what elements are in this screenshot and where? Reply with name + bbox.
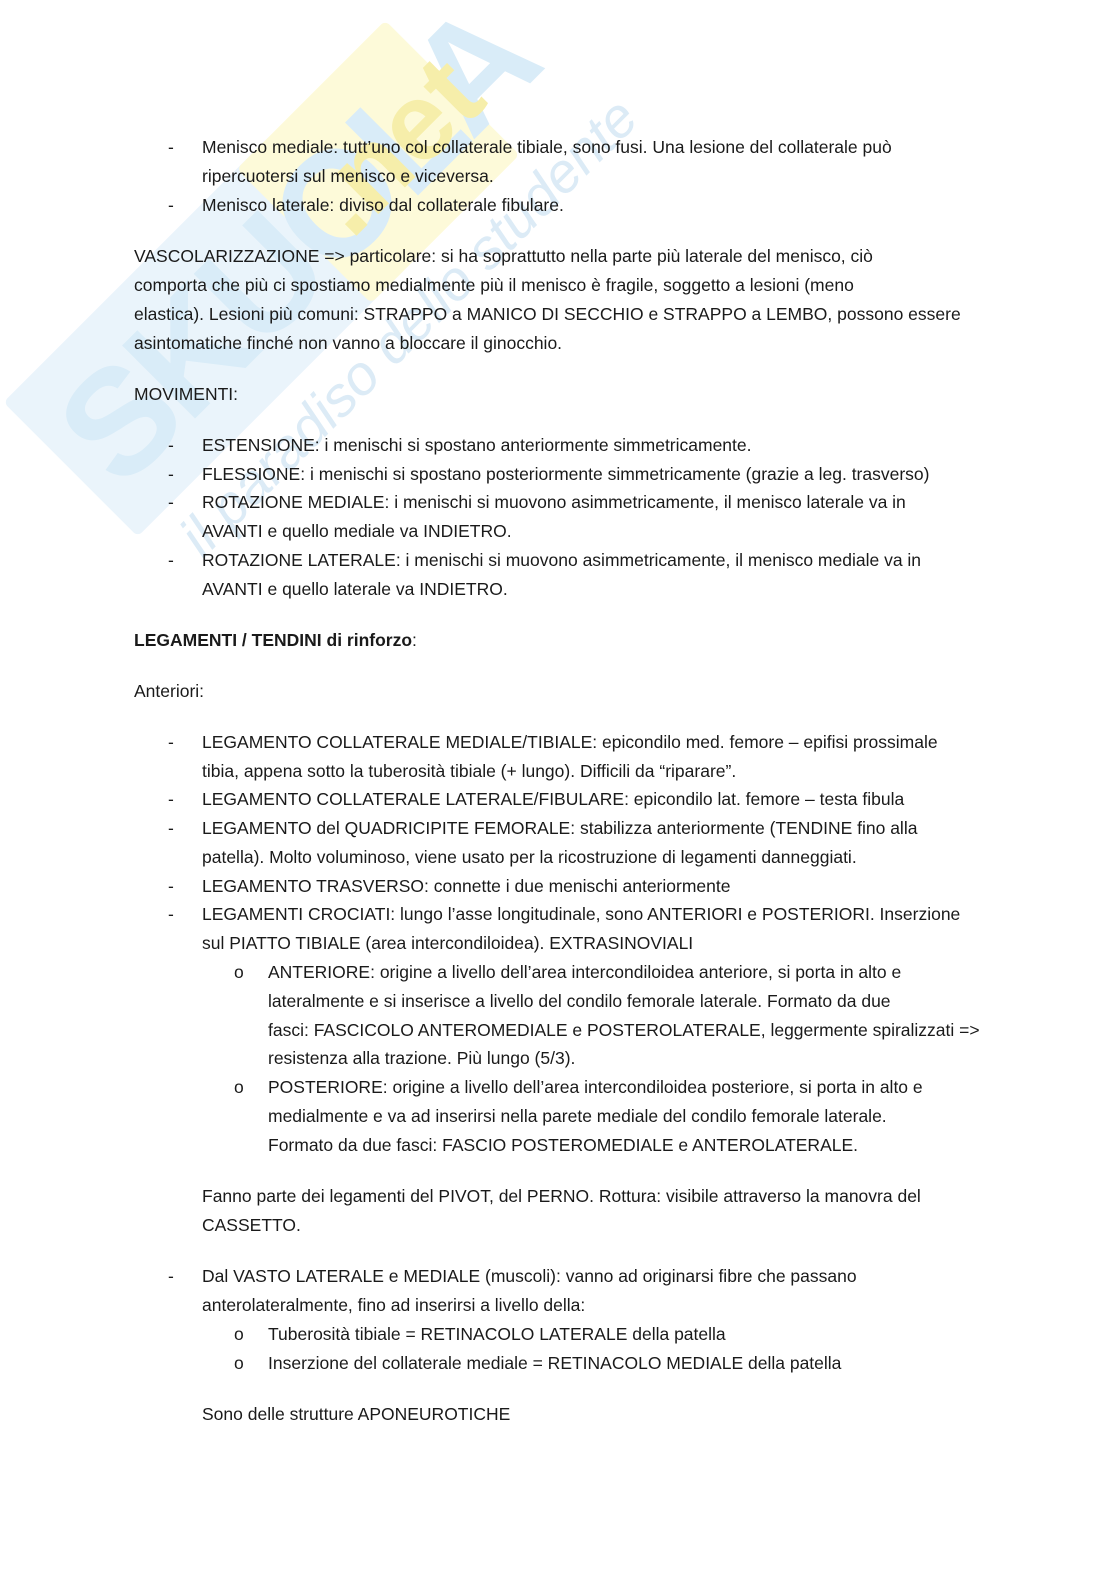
subheading: Anteriori: xyxy=(134,680,204,702)
text-line: ripercuotersi sul menisco e viceversa. xyxy=(202,165,494,187)
paragraph-line: asintomatiche finché non vanno a bloccar… xyxy=(134,332,562,354)
dash-bullet: - xyxy=(168,491,174,513)
circle-bullet: o xyxy=(234,1352,244,1374)
text-line: Menisco laterale: diviso dal collaterale… xyxy=(202,194,564,216)
sub-list-item: lateralmente e si inserisce a livello de… xyxy=(268,990,891,1012)
list-item: sul PIATTO TIBIALE (area intercondiloide… xyxy=(202,932,693,954)
list-item: AVANTI e quello mediale va INDIETRO. xyxy=(202,520,512,542)
section-heading: LEGAMENTI / TENDINI di rinforzo: xyxy=(134,629,417,651)
circle-bullet: o xyxy=(234,961,244,983)
document-page: - Menisco mediale: tutt’uno col collater… xyxy=(0,0,1116,1579)
list-item: FLESSIONE: i menischi si spostano poster… xyxy=(202,463,930,485)
list-item: tibia, appena sotto la tuberosità tibial… xyxy=(202,760,736,782)
list-item: LEGAMENTO COLLATERALE MEDIALE/TIBIALE: e… xyxy=(202,731,938,753)
dash-bullet: - xyxy=(168,731,174,753)
sub-list-item: POSTERIORE: origine a livello dell’area … xyxy=(268,1076,923,1098)
paragraph-line: Fanno parte dei legamenti del PIVOT, del… xyxy=(202,1185,921,1207)
dash-bullet: - xyxy=(168,1265,174,1287)
dash-bullet: - xyxy=(168,434,174,456)
list-item: patella). Molto voluminoso, viene usato … xyxy=(202,846,857,868)
dash-bullet: - xyxy=(168,817,174,839)
paragraph-line: comporta che più ci spostiamo medialment… xyxy=(134,274,854,296)
list-item: anterolateralmente, fino ad inserirsi a … xyxy=(202,1294,585,1316)
sub-list-item: medialmente e va ad inserirsi nella pare… xyxy=(268,1105,887,1127)
dash-bullet: - xyxy=(168,903,174,925)
sub-list-item: ANTERIORE: origine a livello dell’area i… xyxy=(268,961,901,983)
dash-bullet: - xyxy=(168,788,174,810)
paragraph-line: VASCOLARIZZAZIONE => particolare: si ha … xyxy=(134,245,873,267)
paragraph-line: elastica). Lesioni più comuni: STRAPPO a… xyxy=(134,303,961,325)
dash-bullet: - xyxy=(168,875,174,897)
dash-bullet: - xyxy=(168,194,174,216)
section-heading-colon: : xyxy=(412,630,417,650)
list-item: LEGAMENTO TRASVERSO: connette i due meni… xyxy=(202,875,730,897)
circle-bullet: o xyxy=(234,1323,244,1345)
list-item: LEGAMENTO del QUADRICIPITE FEMORALE: sta… xyxy=(202,817,917,839)
list-item: LEGAMENTO COLLATERALE LATERALE/FIBULARE:… xyxy=(202,788,904,810)
section-heading: MOVIMENTI: xyxy=(134,383,238,405)
sub-list-item: Inserzione del collaterale mediale = RET… xyxy=(268,1352,841,1374)
list-item: ESTENSIONE: i menischi si spostano anter… xyxy=(202,434,752,456)
list-item: ROTAZIONE MEDIALE: i menischi si muovono… xyxy=(202,491,906,513)
paragraph-line: CASSETTO. xyxy=(202,1214,301,1236)
section-heading-bold: LEGAMENTI / TENDINI di rinforzo xyxy=(134,630,412,650)
list-item: LEGAMENTI CROCIATI: lungo l’asse longitu… xyxy=(202,903,960,925)
dash-bullet: - xyxy=(168,549,174,571)
dash-bullet: - xyxy=(168,136,174,158)
sub-list-item: fasci: FASCICOLO ANTEROMEDIALE e POSTERO… xyxy=(268,1019,980,1041)
sub-list-item: Formato da due fasci: FASCIO POSTEROMEDI… xyxy=(268,1134,858,1156)
sub-list-item: Tuberosità tibiale = RETINACOLO LATERALE… xyxy=(268,1323,726,1345)
dash-bullet: - xyxy=(168,463,174,485)
sub-list-item: resistenza alla trazione. Più lungo (5/3… xyxy=(268,1047,575,1069)
circle-bullet: o xyxy=(234,1076,244,1098)
paragraph-line: Sono delle strutture APONEUROTICHE xyxy=(202,1403,510,1425)
text-line: Menisco mediale: tutt’uno col collateral… xyxy=(202,136,892,158)
list-item: ROTAZIONE LATERALE: i menischi si muovon… xyxy=(202,549,921,571)
list-item: Dal VASTO LATERALE e MEDIALE (muscoli): … xyxy=(202,1265,857,1287)
list-item: AVANTI e quello laterale va INDIETRO. xyxy=(202,578,508,600)
